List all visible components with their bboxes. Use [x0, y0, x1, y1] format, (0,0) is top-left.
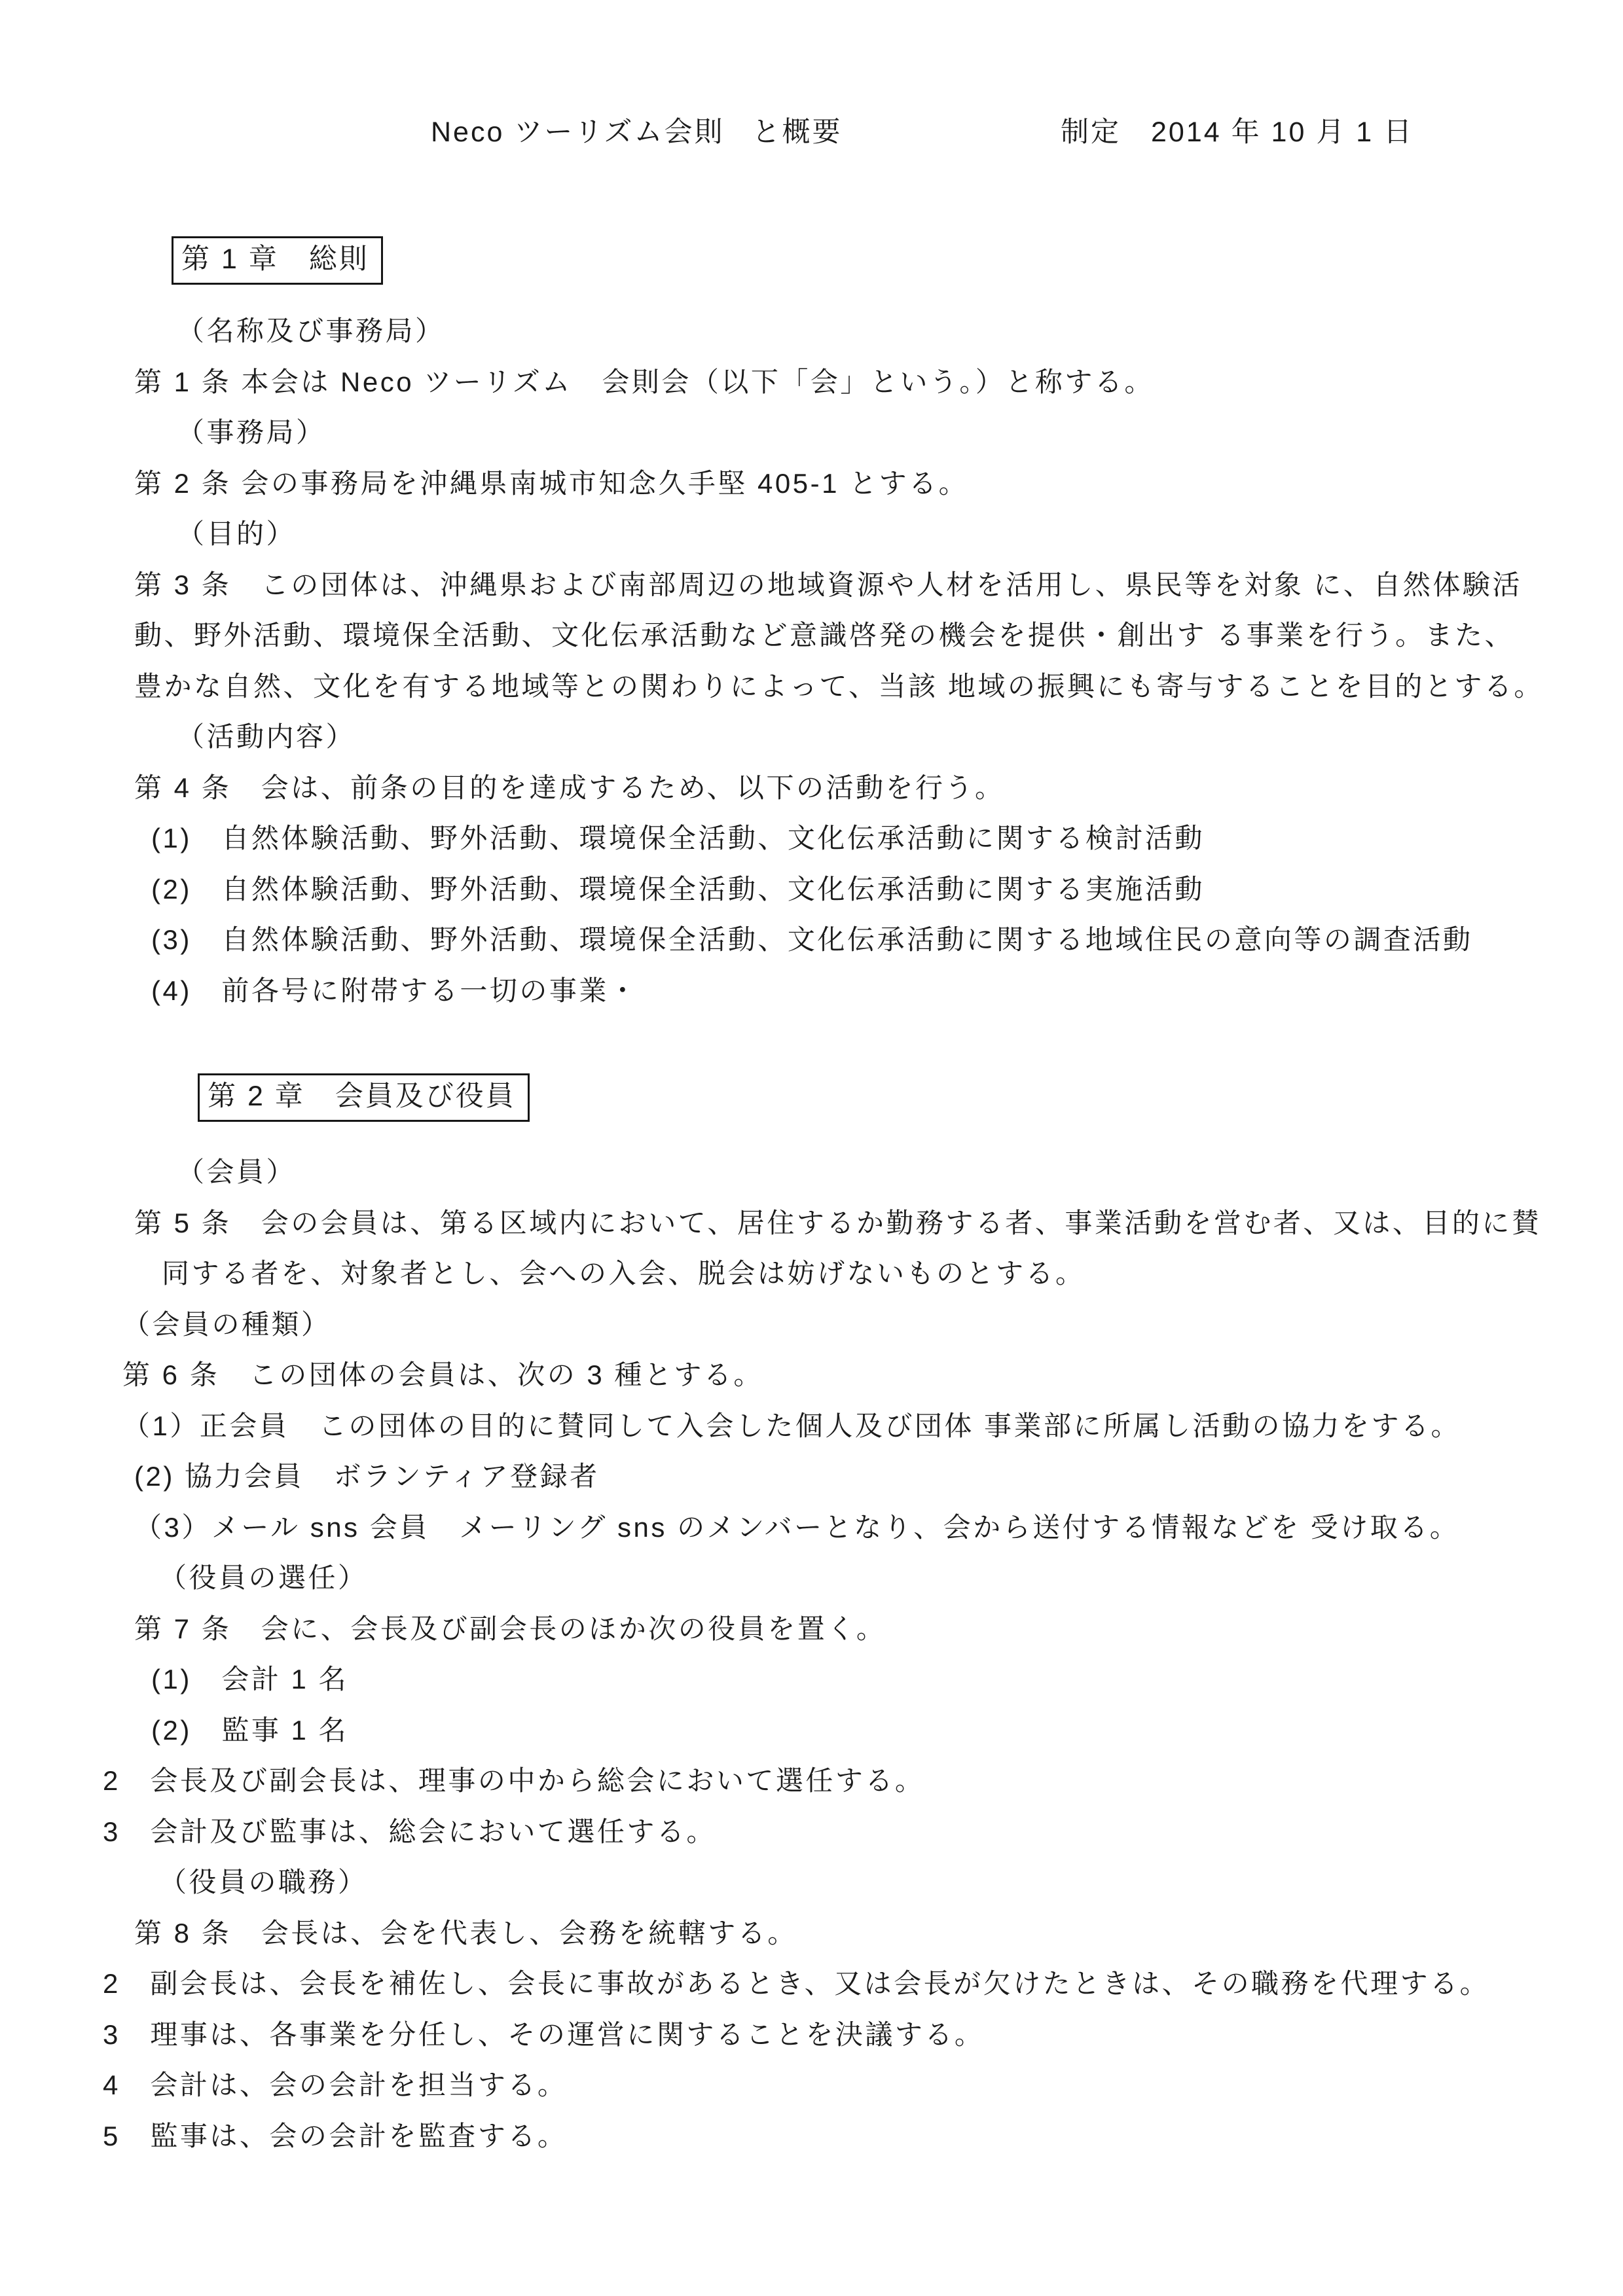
doc-line: 第 7 条 会に、会長及び副会長のほか次の役員を置く。: [134, 1604, 1623, 1655]
doc-line: (2) 自然体験活動、野外活動、環境保全活動、文化伝承活動に関する実施活動: [151, 864, 1623, 915]
doc-line: （会員）: [177, 1147, 1623, 1198]
doc-line: 第 4 条 会は、前条の目的を達成するため、以下の活動を行う。: [134, 762, 1623, 814]
doc-line: （活動内容）: [177, 711, 1623, 762]
document-body: 第 1 章 総則 （名称及び事務局） 第 1 条 本会は Neco ツーリズム …: [134, 0, 1623, 2161]
doc-line: 同する者を、対象者とし、会への入会、脱会は妨げないものとする。: [162, 1248, 1623, 1299]
doc-line: (1) 自然体験活動、野外活動、環境保全活動、文化伝承活動に関する検討活動: [151, 813, 1623, 864]
doc-line: 豊かな自然、文化を有する地域等との関わりによって、当該 地域の振興にも寄与するこ…: [134, 661, 1623, 712]
doc-line: (3) 自然体験活動、野外活動、環境保全活動、文化伝承活動に関する地域住民の意向…: [151, 914, 1623, 965]
chapter-2-lines: （会員） 第 5 条 会の会員は、第る区域内において、居住するか勤務する者、事業…: [134, 1147, 1623, 2161]
doc-line: （3）メール sns 会員 メーリング sns のメンバーとなり、会から送付する…: [134, 1502, 1623, 1553]
doc-line: (2) 協力会員 ボランティア登録者: [134, 1451, 1623, 1502]
document-page: { "header": { "title": "Neco ツーリズム会則", "…: [0, 0, 1623, 2296]
doc-line: 動、野外活動、環境保全活動、文化伝承活動など意識啓発の機会を提供・創出す る事業…: [134, 610, 1623, 661]
doc-line: （役員の職務）: [159, 1857, 1623, 1908]
doc-line: 第 6 条 この団体の会員は、次の 3 種とする。: [122, 1350, 1623, 1401]
chapter-2-heading: 第 2 章 会員及び役員: [198, 1073, 530, 1122]
doc-line: 2 副会長は、会長を補佐し、会長に事故があるとき、又は会長が欠けたときは、その職…: [103, 1958, 1623, 2009]
doc-line: （名称及び事務局）: [177, 306, 1623, 357]
doc-line: 3 会計及び監事は、総会において選任する。: [103, 1806, 1623, 1857]
doc-line: (1) 会計 1 名: [151, 1654, 1623, 1705]
chapter-1-lines: （名称及び事務局） 第 1 条 本会は Neco ツーリズム 会則会（以下「会」…: [134, 306, 1623, 1016]
doc-line: （目的）: [177, 509, 1623, 560]
doc-line: 第 2 条 会の事務局を沖縄県南城市知念久手堅 405-1 とする。: [134, 458, 1623, 509]
doc-line: 第 8 条 会長は、会を代表し、会務を統轄する。: [134, 1908, 1623, 1959]
doc-line: 5 監事は、会の会計を監査する。: [103, 2111, 1623, 2162]
doc-line: (2) 監事 1 名: [151, 1705, 1623, 1756]
doc-line: 3 理事は、各事業を分任し、その運営に関することを決議する。: [103, 2009, 1623, 2060]
chapter-1-heading: 第 1 章 総則: [172, 236, 383, 285]
doc-line: (4) 前各号に附帯する一切の事業・: [151, 965, 1623, 1016]
doc-line: 第 1 条 本会は Neco ツーリズム 会則会（以下「会」という。）と称する。: [134, 357, 1623, 408]
doc-line: 4 会計は、会の会計を担当する。: [103, 2060, 1623, 2111]
doc-line: （事務局）: [177, 407, 1623, 458]
doc-line: （1）正会員 この団体の目的に賛同して入会した個人及び団体 事業部に所属し活動の…: [122, 1401, 1623, 1452]
doc-line: （会員の種類）: [122, 1299, 1623, 1350]
doc-line: 第 3 条 この団体は、沖縄県および南部周辺の地域資源や人材を活用し、県民等を対…: [134, 560, 1623, 611]
doc-line: （役員の選任）: [159, 1552, 1623, 1604]
doc-line: 第 5 条 会の会員は、第る区域内において、居住するか勤務する者、事業活動を営む…: [134, 1198, 1623, 1249]
doc-line: 2 会長及び副会長は、理事の中から総会において選任する。: [103, 1755, 1623, 1806]
